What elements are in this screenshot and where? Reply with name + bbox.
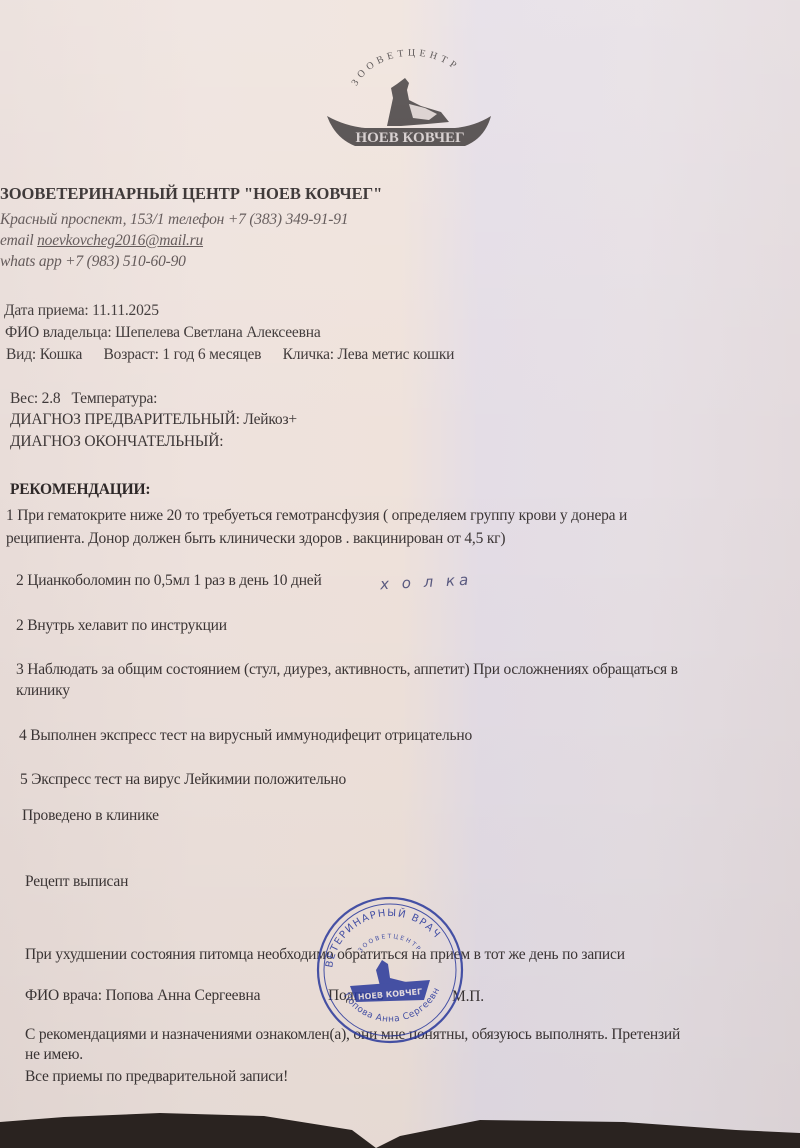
- recommendation-2b: 2 Внутрь хелавит по инструкции: [16, 617, 227, 635]
- recommendation-3-line-1: 3 Наблюдать за общим состоянием (стул, д…: [16, 661, 678, 679]
- document-page: ЗООВЕТЦЕНТР НОЕВ КОВЧЕГ ЗООВЕТЕРИНАРНЫЙ …: [0, 0, 800, 1148]
- round-stamp-icon: ВЕТЕРИНАРНЫЙ ВРАЧ ЗООВЕТЦЕНТР НОЕВ КОВЧЕ…: [310, 888, 470, 1048]
- recommendations-heading: РЕКОМЕНДАЦИИ:: [10, 481, 150, 499]
- acknowledgement-line-2: не имею.: [25, 1046, 83, 1064]
- svg-text:ЗООВЕТЦЕНТР: ЗООВЕТЦЕНТР: [357, 933, 423, 954]
- species-age-name-row: Вид: Кошка Возраст: 1 год 6 месяцев Клич…: [6, 346, 454, 364]
- email-label: email: [0, 232, 37, 249]
- appointments-notice: Все приемы по предварительной записи!: [25, 1068, 288, 1086]
- diagnosis-final: ДИАГНОЗ ОКОНЧАТЕЛЬНЫЙ:: [10, 433, 223, 451]
- prescription-issued: Рецепт выписан: [25, 873, 128, 891]
- age: Возраст: 1 год 6 месяцев: [104, 346, 262, 363]
- clinic-email-row: email noevkovcheg2016@mail.ru: [0, 232, 203, 250]
- recommendation-3-line-2: клинику: [16, 682, 70, 700]
- dog-on-ark-icon: ЗООВЕТЦЕНТР НОЕВ КОВЧЕГ: [325, 28, 495, 148]
- doctor-stamp: ВЕТЕРИНАРНЫЙ ВРАЧ ЗООВЕТЦЕНТР НОЕВ КОВЧЕ…: [310, 888, 470, 1048]
- clinic-address-phone: Красный проспект, 153/1 телефон +7 (383)…: [0, 211, 348, 229]
- species: Вид: Кошка: [6, 346, 82, 363]
- email-link[interactable]: noevkovcheg2016@mail.ru: [37, 232, 203, 249]
- weight-temperature: Вес: 2.8 Температура:: [10, 390, 157, 408]
- visit-date: Дата приема: 11.11.2025: [4, 302, 159, 320]
- recommendation-1-line-1: 1 При гематокрите ниже 20 то требуеться …: [6, 507, 627, 525]
- handwritten-note: х о л ка: [380, 571, 473, 594]
- recommendation-4: 4 Выполнен экспресс тест на вирусный имм…: [19, 727, 472, 745]
- recommendation-1-line-2: реципиента. Донор должен быть клинически…: [6, 530, 505, 548]
- diagnosis-preliminary: ДИАГНОЗ ПРЕДВАРИТЕЛЬНЫЙ: Лейкоз+: [10, 411, 297, 429]
- clinic-title: ЗООВЕТЕРИНАРНЫЙ ЦЕНТР "НОЕВ КОВЧЕГ": [0, 184, 382, 204]
- pet-name: Кличка: Лева метис кошки: [283, 346, 455, 363]
- recommendation-5: 5 Экспресс тест на вирус Лейкимии положи…: [20, 771, 346, 789]
- doctor-name: ФИО врача: Попова Анна Сергеевна: [25, 987, 260, 1005]
- clinic-logo: ЗООВЕТЦЕНТР НОЕВ КОВЧЕГ: [325, 28, 495, 148]
- clinic-whatsapp: whats app +7 (983) 510-60-90: [0, 253, 186, 271]
- done-in-clinic: Проведено в клинике: [22, 807, 159, 825]
- owner-name: ФИО владельца: Шепелева Светлана Алексее…: [5, 324, 321, 342]
- svg-text:НОЕВ КОВЧЕГ: НОЕВ КОВЧЕГ: [355, 130, 464, 146]
- recommendation-2: 2 Цианкоболомин по 0,5мл 1 раз в день 10…: [16, 572, 322, 590]
